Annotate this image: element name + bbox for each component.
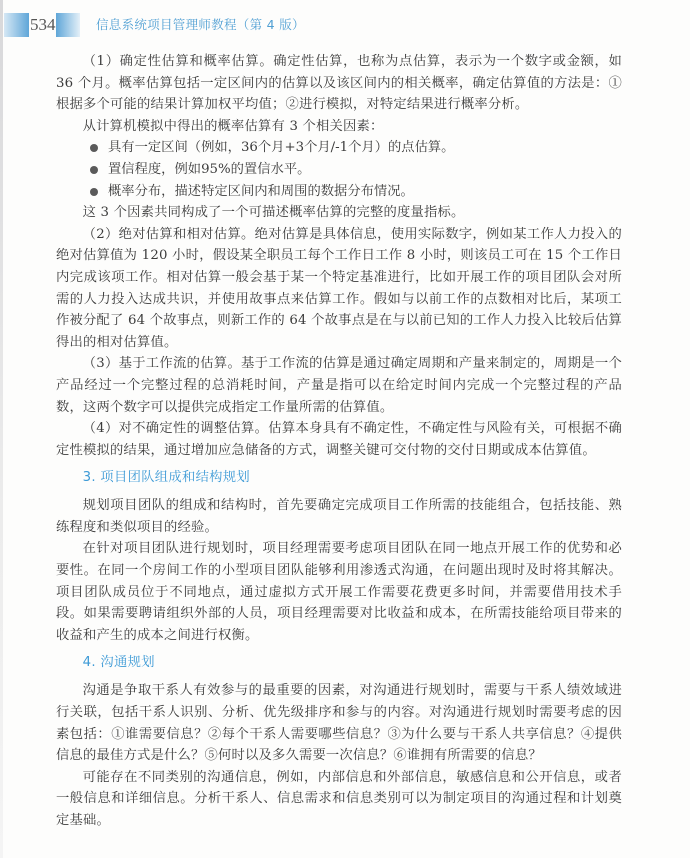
bullet-dot-icon <box>90 144 98 152</box>
paragraph-communication-factors: 沟通是争取干系人有效参与的最重要的因素，对沟通进行规划时，需要与干系人绩效域进行… <box>56 680 622 766</box>
paragraph-team-composition: 规划项目团队的组成和结构时，首先要确定完成项目工作所需的技能组合，包括技能、熟练… <box>56 495 622 538</box>
bullet-item: 置信程度，例如95%的置信水平。 <box>88 159 622 181</box>
page-number: 534 <box>30 13 56 37</box>
paragraph-deterministic-probabilistic-estimation: （1）确定性估算和概率估算。确定性估算，也称为点估算，表示为一个数字或金额，如 … <box>56 51 622 116</box>
factor-bullet-list: 具有一定区间（例如，36个月+3个月/-1个月）的点估算。 置信程度，例如95%… <box>56 137 622 202</box>
page-spine-shadow <box>0 0 3 858</box>
paragraph-absolute-relative-estimation: （2）绝对估算和相对估算。绝对估算是具体信息，使用实际数字，例如某工作人力投入的… <box>56 224 622 354</box>
paragraph-team-location: 在针对项目团队进行规划时，项目经理需要考虑项目团队在同一地点开展工作的优势和必要… <box>56 538 622 646</box>
bullet-item: 具有一定区间（例如，36个月+3个月/-1个月）的点估算。 <box>88 137 622 159</box>
bullet-dot-icon <box>90 188 98 196</box>
header-color-band-right <box>56 13 80 37</box>
bullet-text: 概率分布，描述特定区间内和周围的数据分布情况。 <box>108 184 414 199</box>
bullet-text: 具有一定区间（例如，36个月+3个月/-1个月）的点估算。 <box>108 140 454 155</box>
page-header: 534 信息系统项目管理师教程（第 4 版） <box>0 13 690 39</box>
bullet-item: 概率分布，描述特定区间内和周围的数据分布情况。 <box>88 181 622 203</box>
paragraph-communication-categories: 可能存在不同类别的沟通信息，例如，内部信息和外部信息，敏感信息和公开信息，或者一… <box>56 767 622 832</box>
section-heading-team-structure: 3. 项目团队组成和结构规划 <box>56 467 622 489</box>
book-title: 信息系统项目管理师教程（第 4 版） <box>96 13 305 37</box>
page-body: （1）确定性估算和概率估算。确定性估算，也称为点估算，表示为一个数字或金额，如 … <box>56 51 622 832</box>
bullet-dot-icon <box>90 166 98 174</box>
header-color-band-left <box>4 13 29 37</box>
bullet-text: 置信程度，例如95%的置信水平。 <box>108 162 310 177</box>
paragraph-simulation-factors-intro: 从计算机模拟中得出的概率估算有 3 个相关因素： <box>56 116 622 138</box>
paragraph-workflow-estimation: （3）基于工作流的估算。基于工作流的估算是通过确定周期和产量来制定的，周期是一个… <box>56 353 622 418</box>
paragraph-factors-summary: 这 3 个因素共同构成了一个可描述概率估算的完整的度量指标。 <box>56 202 622 224</box>
paragraph-uncertainty-adjusted-estimation: （4）对不确定性的调整估算。估算本身具有不确定性，不确定性与风险有关，可根据不确… <box>56 418 622 461</box>
section-heading-communication-planning: 4. 沟通规划 <box>56 652 622 674</box>
